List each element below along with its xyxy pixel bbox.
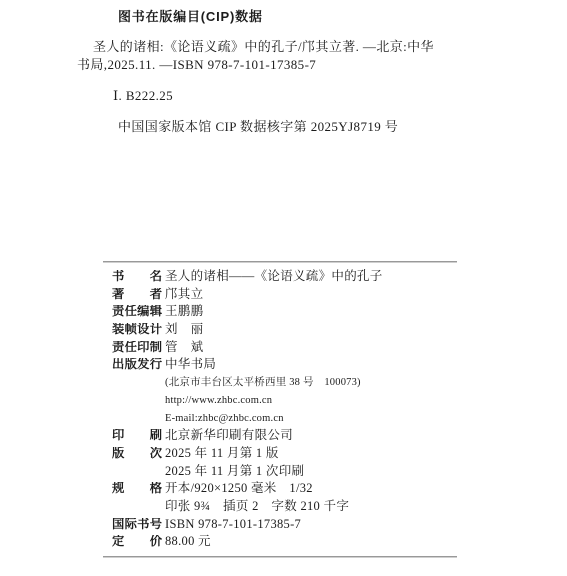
field-value: 北京新华印刷有限公司 [165, 429, 293, 442]
colophon-row-print-supervisor: 责任印制 管 斌 [112, 341, 512, 354]
field-value: (北京市丰台区太平桥西里 38 号 100073) [165, 376, 361, 389]
colophon-row-publisher-url: http://www.zhbc.com.cn [112, 394, 512, 407]
field-label: 版 次 [112, 447, 162, 460]
field-value: 开本/920×1250 毫米 1/32 [165, 482, 313, 495]
field-value: 王鹏鹏 [165, 305, 203, 318]
divider-rule-top [103, 261, 457, 263]
field-value: 印张 9¾ 插页 2 字数 210 千字 [165, 500, 349, 513]
field-label: 责任印制 [112, 341, 162, 354]
field-value: ISBN 978-7-101-17385-7 [165, 518, 301, 531]
field-value: 圣人的诸相——《论语义疏》中的孔子 [165, 270, 383, 283]
colophon-row-isbn: 国际书号 ISBN 978-7-101-17385-7 [112, 518, 512, 531]
field-value: 2025 年 11 月第 1 版 [165, 447, 279, 460]
colophon-row-publisher-email: E-mail:zhbc@zhbc.com.cn [112, 412, 512, 425]
colophon-row-edition: 版 次 2025 年 11 月第 1 版 [112, 447, 512, 460]
field-value: 邝其立 [165, 288, 203, 301]
field-label: 规 格 [112, 482, 162, 495]
colophon-row-author: 著 者 邝其立 [112, 288, 512, 301]
field-label: 装帧设计 [112, 323, 162, 336]
colophon-block: 书 名 圣人的诸相——《论语义疏》中的孔子 著 者 邝其立 责任编辑 王鹏鹏 装… [112, 270, 512, 553]
colophon-row-book-title: 书 名 圣人的诸相——《论语义疏》中的孔子 [112, 270, 512, 283]
colophon-row-format: 规 格 开本/920×1250 毫米 1/32 [112, 482, 512, 495]
field-label: 出版发行 [112, 358, 162, 371]
divider-rule-bottom [103, 556, 457, 558]
field-value: 管 斌 [165, 341, 203, 354]
colophon-row-publisher: 出版发行 中华书局 [112, 358, 512, 371]
field-value: 88.00 元 [165, 535, 211, 548]
copyright-page: 图书在版编目(CIP)数据 圣人的诸相:《论语义疏》中的孔子/邝其立著. —北京… [0, 0, 567, 576]
cip-entry-line-1: 圣人的诸相:《论语义疏》中的孔子/邝其立著. —北京:中华 [93, 40, 487, 54]
cip-entry-line-2: 书局,2025.11. —ISBN 978-7-101-17385-7 [77, 58, 487, 72]
field-value: 刘 丽 [165, 323, 203, 336]
colophon-row-price: 定 价 88.00 元 [112, 535, 512, 548]
cip-title: 图书在版编目(CIP)数据 [118, 10, 487, 24]
colophon-row-printer: 印 刷 北京新华印刷有限公司 [112, 429, 512, 442]
field-label: 国际书号 [112, 518, 162, 531]
field-label: 书 名 [112, 270, 162, 283]
field-value: http://www.zhbc.com.cn [165, 394, 272, 407]
cip-block: 图书在版编目(CIP)数据 圣人的诸相:《论语义疏》中的孔子/邝其立著. —北京… [77, 10, 487, 134]
colophon-row-impression: 2025 年 11 月第 1 次印刷 [112, 465, 512, 478]
field-value: 2025 年 11 月第 1 次印刷 [165, 465, 304, 478]
field-label: 著 者 [112, 288, 162, 301]
field-value: E-mail:zhbc@zhbc.com.cn [165, 412, 284, 425]
field-value: 中华书局 [165, 358, 216, 371]
colophon-row-managing-editor: 责任编辑 王鹏鹏 [112, 305, 512, 318]
cip-classification: Ⅰ. B222.25 [113, 89, 487, 103]
field-label: 定 价 [112, 535, 162, 548]
colophon-row-publisher-address: (北京市丰台区太平桥西里 38 号 100073) [112, 376, 512, 389]
colophon-row-cover-designer: 装帧设计 刘 丽 [112, 323, 512, 336]
colophon-row-print-sheets: 印张 9¾ 插页 2 字数 210 千字 [112, 500, 512, 513]
field-label: 责任编辑 [112, 305, 162, 318]
field-label: 印 刷 [112, 429, 162, 442]
cip-record-number: 中国国家版本馆 CIP 数据核字第 2025YJ8719 号 [118, 120, 487, 134]
